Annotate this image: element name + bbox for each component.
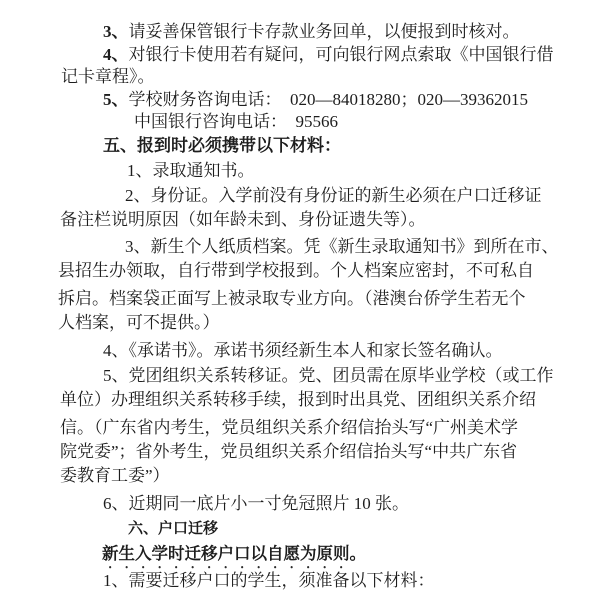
- item-party-transfer-cont-3: 院党委”；省外考生，党员组织关系介绍信抬头写“中共广东省: [60, 442, 517, 462]
- item-finance-phone-line: 5、学校财务咨询电话： 020—84018280；020—39362015: [103, 90, 528, 110]
- item-party-transfer-cont-1: 单位）办理组织关系转移手续，报到时出具党、团组织关系介绍: [60, 390, 536, 410]
- item-paper-archive-cont-2: 拆启。档案袋正面写上被录取专业方向。（港澳台侨学生若无个: [58, 289, 526, 309]
- section-five-heading: 五、报到时必须携带以下材料：: [103, 136, 341, 156]
- item-id-card-line: 2、身份证。入学前没有身份证的新生必须在户口迁移证: [125, 186, 542, 206]
- item-number: 4、: [103, 45, 129, 64]
- item-bank-card-question-line: 4、对银行卡使用若有疑问，可向银行网点索取《中国银行借: [103, 45, 554, 65]
- item-party-transfer-cont-4: 委教育工委”）: [60, 466, 170, 486]
- item-party-transfer-cont-2: 信。（广东省内考生，党员组织关系介绍信抬头写“广州美术学: [60, 418, 518, 438]
- item-commitment-letter-line: 4、《承诺书》。承诺书须经新生本人和家长签名确认。: [103, 341, 503, 361]
- item-paper-archive-cont-1: 县招生办领取，自行带到学校报到。个人档案应密封，不可私自: [58, 261, 534, 281]
- item-bank-receipt-line: 3、请妥善保管银行卡存款业务回单，以便报到时核对。: [103, 22, 520, 42]
- item-photos-line: 6、近期同一底片小一寸免冠照片 10 张。: [103, 494, 409, 514]
- item-number: 3、: [103, 22, 129, 41]
- item-paper-archive-line: 3、新生个人纸质档案。凭《新生录取通知书》到所在市、: [125, 237, 559, 257]
- section-six-heading: 六、户口迁移: [128, 519, 218, 539]
- scanned-document-page: 3、请妥善保管银行卡存款业务回单，以便报到时核对。 4、对银行卡使用若有疑问，可…: [0, 0, 600, 605]
- item-bank-card-question-cont: 记卡章程》。: [61, 67, 155, 87]
- item-bank-phone-line: 中国银行咨询电话： 95566: [134, 112, 338, 132]
- item-number: 5、: [103, 90, 129, 109]
- item-party-transfer-line: 5、党团组织关系转移证。党、团员需在原毕业学校（或工作: [103, 366, 554, 386]
- household-policy-emphasis-line: 新生入学时迁移户口以自愿为原则。: [102, 544, 366, 572]
- item-household-materials-line: 1、需要迁移户口的学生，须准备以下材料：: [103, 571, 435, 591]
- item-paper-archive-cont-3: 人档案，可不提供。）: [58, 313, 220, 333]
- item-id-card-cont: 备注栏说明原因（如年龄未到、身份证遗失等）。: [60, 210, 426, 230]
- item-admission-notice-line: 1、录取通知书。: [127, 161, 255, 181]
